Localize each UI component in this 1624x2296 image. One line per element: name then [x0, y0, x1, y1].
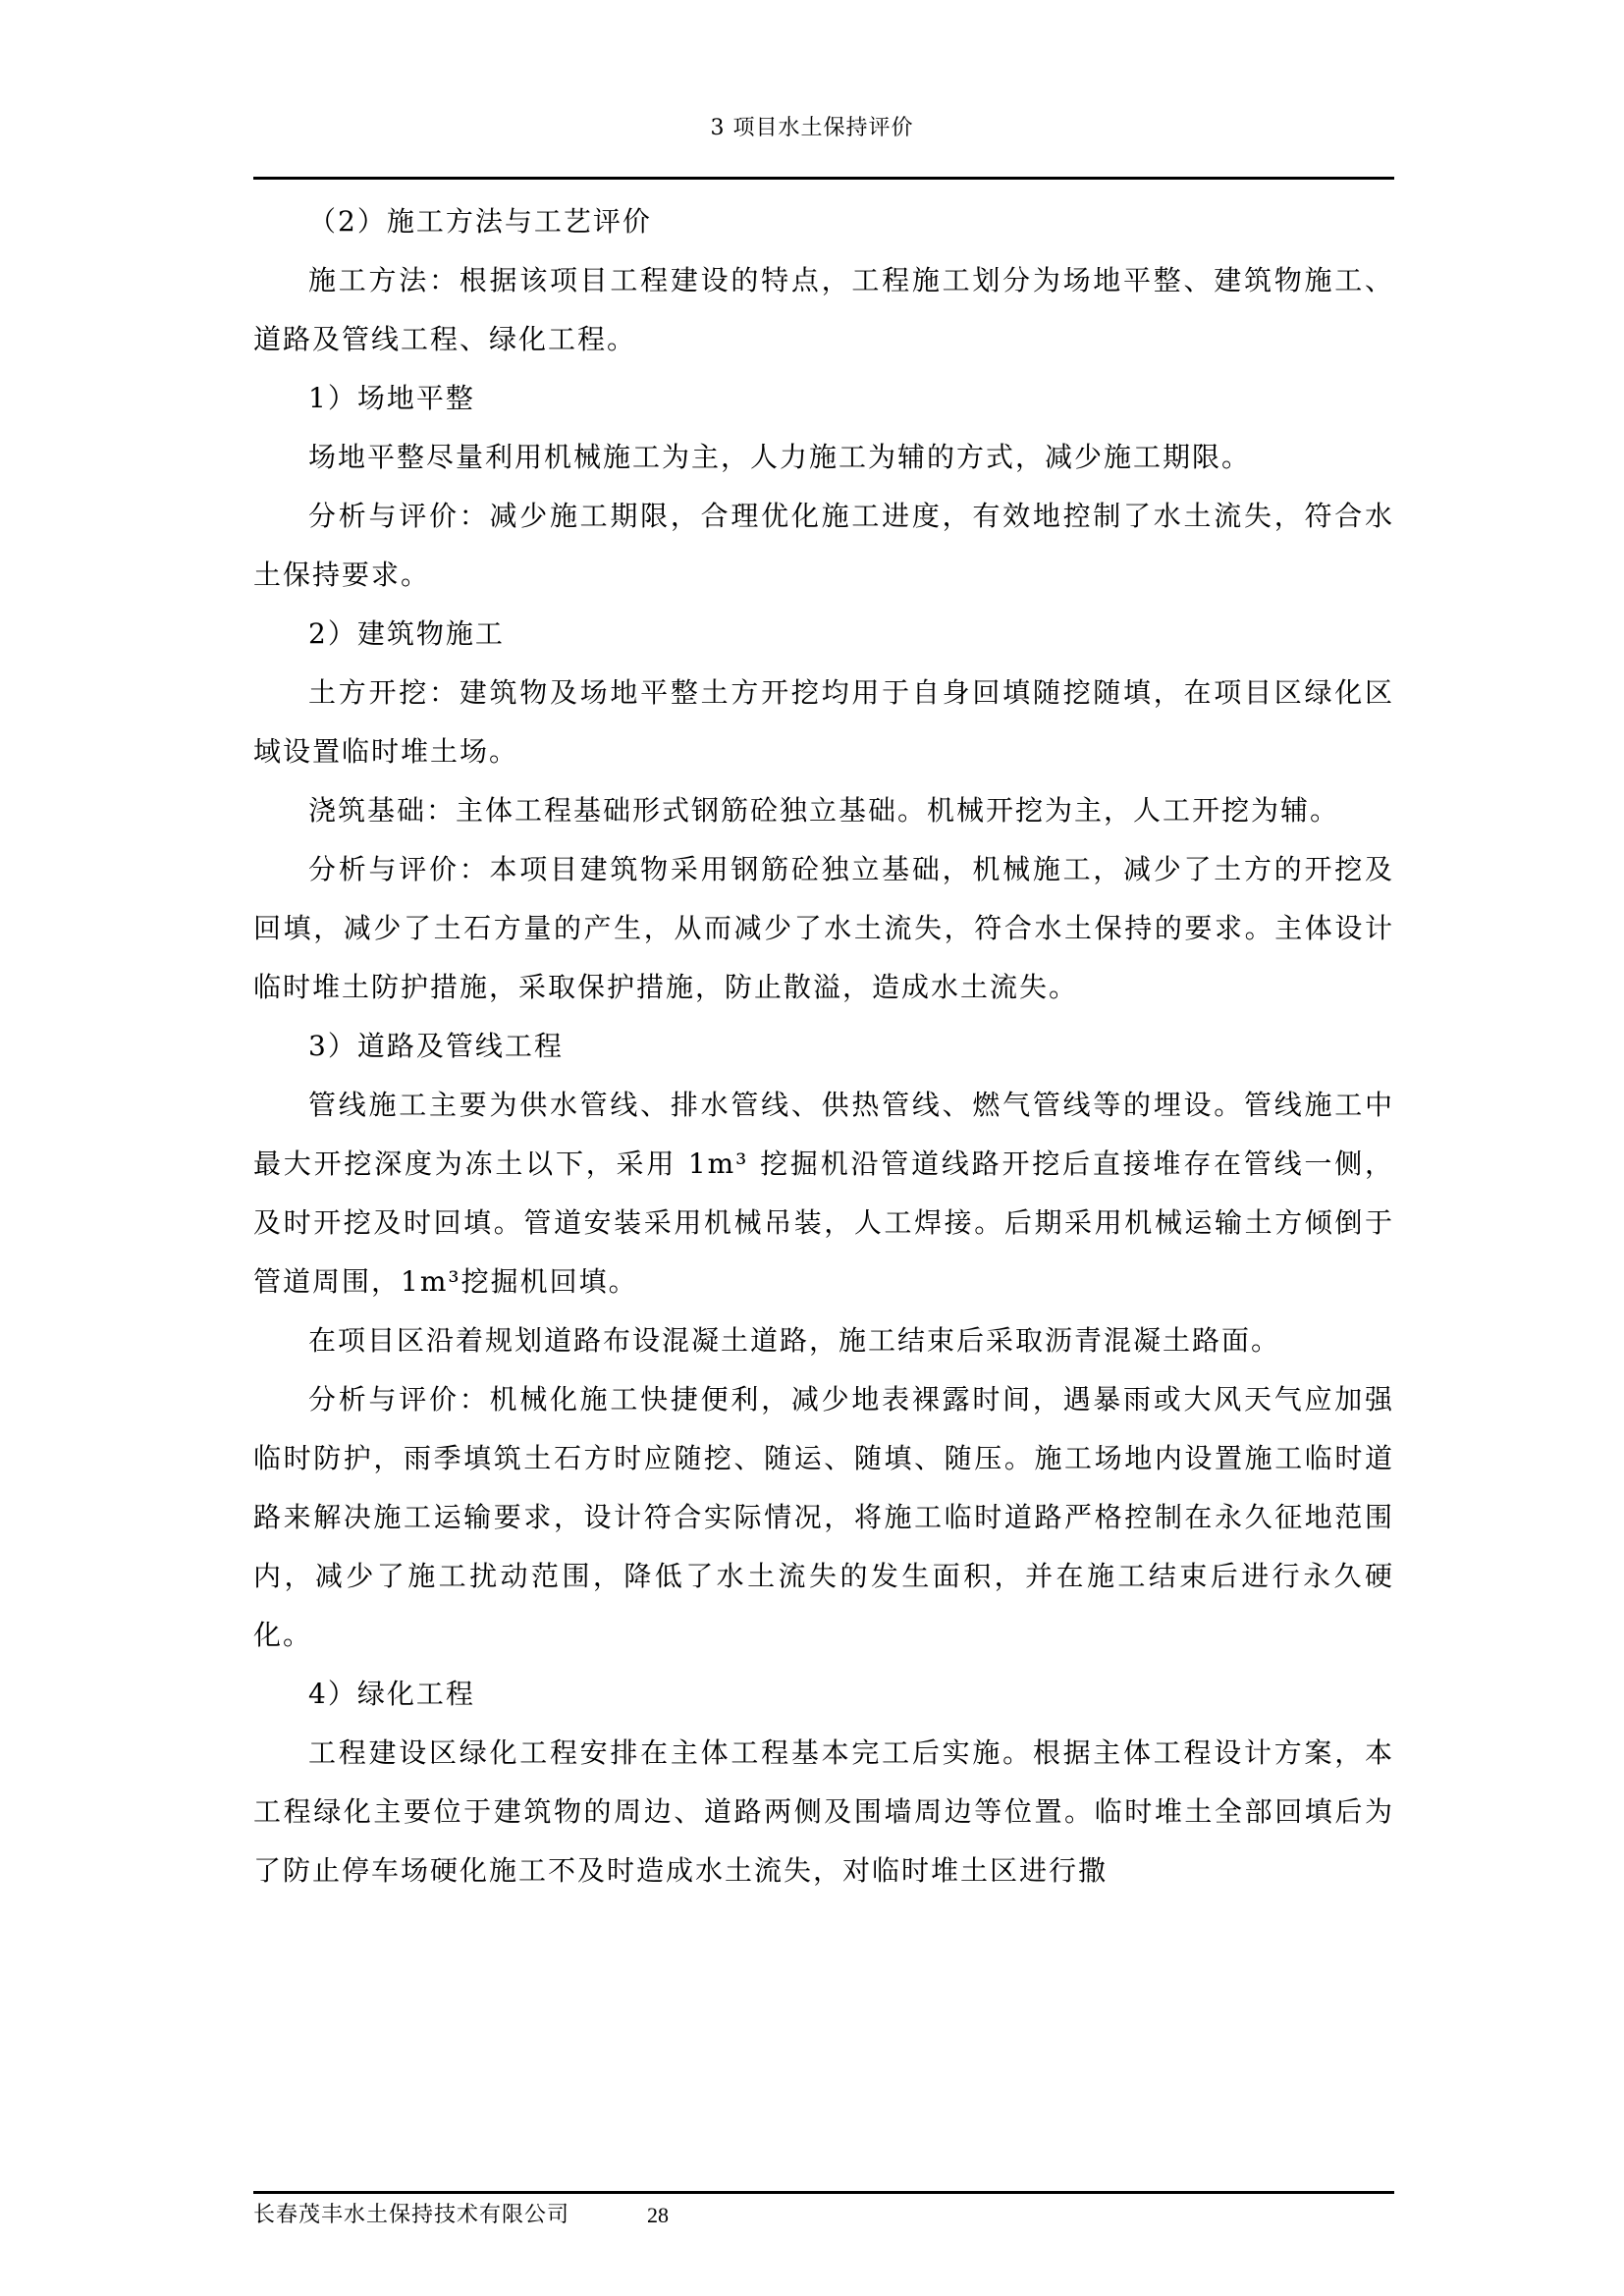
subsection-heading-site-leveling: 1）场地平整: [253, 369, 1394, 428]
subsection-heading-building-construction: 2）建筑物施工: [253, 605, 1394, 664]
paragraph: 浇筑基础：主体工程基础形式钢筋砼独立基础。机械开挖为主，人工开挖为辅。: [253, 781, 1394, 840]
page-number: 28: [491, 2201, 825, 2230]
running-header-title: 3 项目水土保持评价: [0, 114, 1624, 143]
paragraph: 土方开挖：建筑物及场地平整土方开挖均用于自身回填随挖随填，在项目区绿化区域设置临…: [253, 664, 1394, 781]
subsection-heading-greening: 4）绿化工程: [253, 1665, 1394, 1724]
paragraph: 工程建设区绿化工程安排在主体工程基本完工后实施。根据主体工程设计方案，本工程绿化…: [253, 1724, 1394, 1900]
paragraph: 管线施工主要为供水管线、排水管线、供热管线、燃气管线等的埋设。管线施工中最大开挖…: [253, 1076, 1394, 1311]
paragraph: 分析与评价：本项目建筑物采用钢筋砼独立基础，机械施工，减少了土方的开挖及回填，减…: [253, 840, 1394, 1017]
paragraph: 在项目区沿着规划道路布设混凝土道路，施工结束后采取沥青混凝土路面。: [253, 1311, 1394, 1370]
footer-divider: [253, 2191, 1394, 2194]
header-divider: [253, 177, 1394, 180]
page-body: （2）施工方法与工艺评价 施工方法：根据该项目工程建设的特点，工程施工划分为场地…: [253, 192, 1394, 1900]
paragraph: 场地平整尽量利用机械施工为主，人力施工为辅的方式，减少施工期限。: [253, 428, 1394, 487]
paragraph: 分析与评价：机械化施工快捷便利，减少地表裸露时间，遇暴雨或大风天气应加强临时防护…: [253, 1370, 1394, 1665]
intro-paragraph: 施工方法：根据该项目工程建设的特点，工程施工划分为场地平整、建筑物施工、道路及管…: [253, 251, 1394, 369]
subsection-heading-roads-pipelines: 3）道路及管线工程: [253, 1017, 1394, 1076]
paragraph: 分析与评价：减少施工期限，合理优化施工进度，有效地控制了水土流失，符合水土保持要…: [253, 487, 1394, 605]
section-heading: （2）施工方法与工艺评价: [253, 192, 1394, 251]
